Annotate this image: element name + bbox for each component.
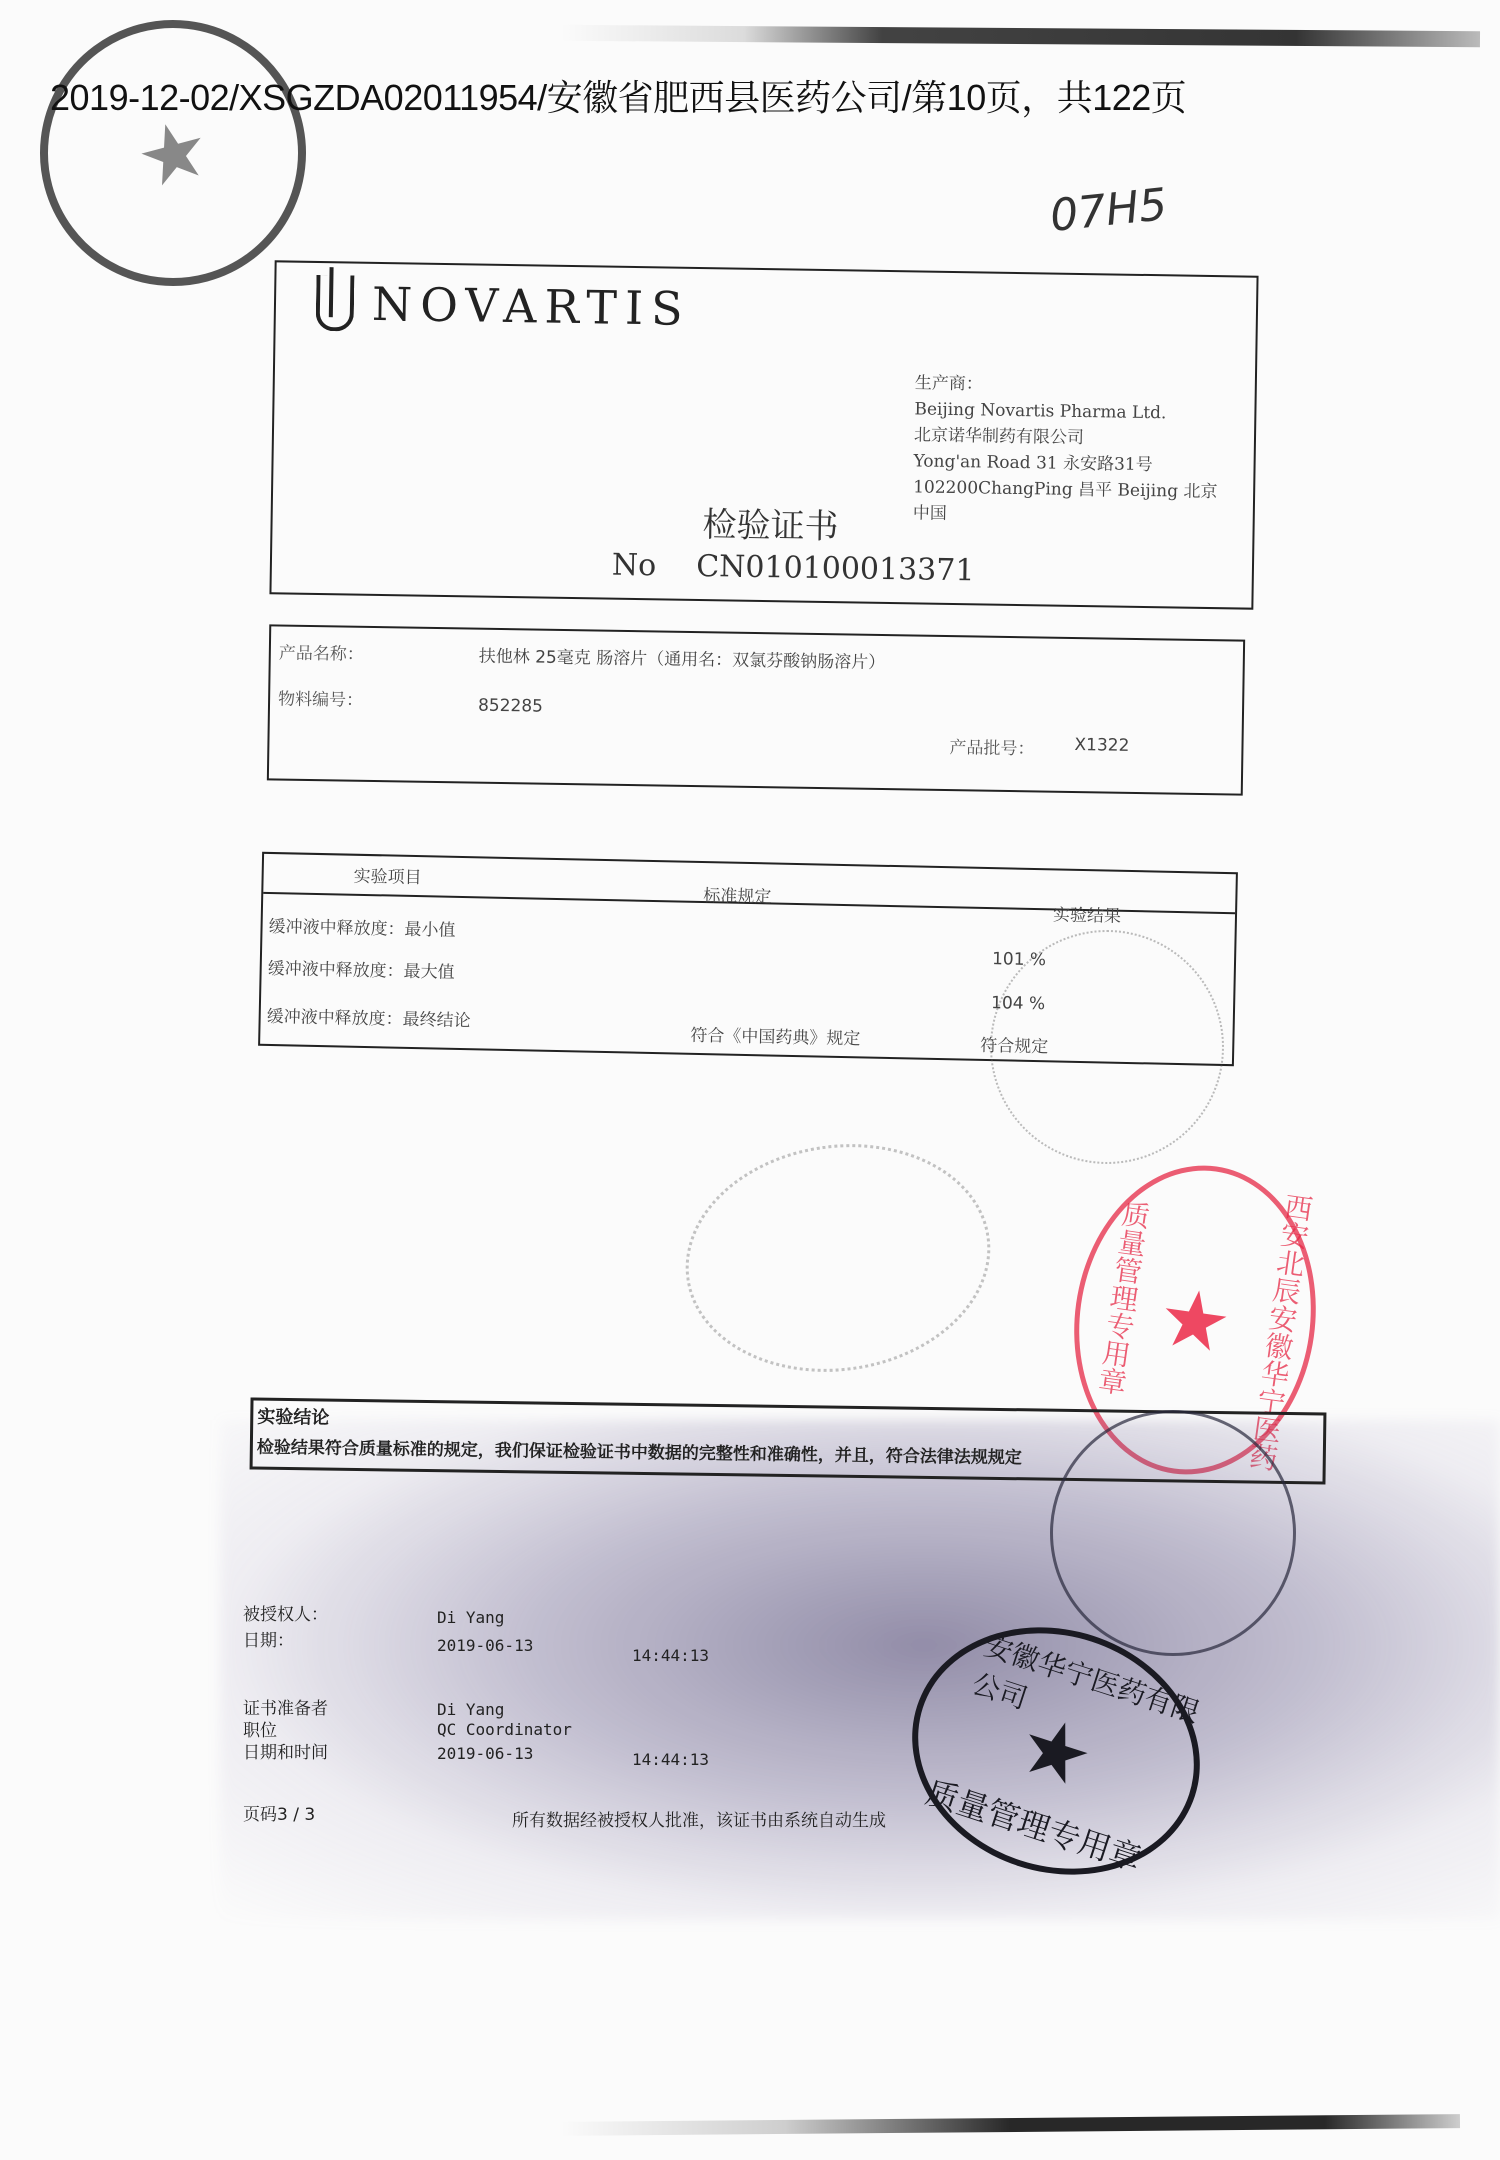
table-row-item: 缓冲液中释放度：最小值: [268, 912, 455, 941]
scan-edge-artifact-top: [560, 25, 1480, 47]
certificate-number: NoCN010100013371: [612, 548, 975, 589]
column-header-item: 实验项目: [353, 862, 422, 888]
date-label: 日期：: [243, 1626, 294, 1651]
preparer-date: 2019-06-13: [437, 1744, 533, 1763]
position-value: QC Coordinator: [437, 1720, 572, 1739]
product-name-label: 产品名称：: [279, 638, 364, 664]
preparer-time: 14:44:13: [632, 1750, 709, 1769]
material-number-label: 物料编号：: [278, 684, 363, 710]
preparer-name: Di Yang: [437, 1700, 504, 1719]
conclusion-text: 检验结果符合质量标准的规定，我们保证检验证书中数据的完整性和准确性，并且，符合法…: [257, 1433, 1022, 1469]
handwritten-note: 07H5: [1048, 179, 1170, 242]
manufacturer-line: 102200ChangPing 昌平 Beijing 北京: [913, 474, 1218, 505]
certificate-header-box: NOVARTIS 生产商： Beijing Novartis Pharma Lt…: [269, 260, 1258, 609]
certificate-title: 检验证书: [702, 497, 839, 548]
novartis-flame-icon: [316, 275, 355, 332]
material-number-value: 852285: [478, 696, 543, 717]
brand-name: NOVARTIS: [372, 277, 691, 336]
datetime-label: 日期和时间: [243, 1738, 328, 1763]
manufacturer-line: 中国: [913, 500, 1218, 531]
stamp-red-inner-text: 质量管理专用章: [1089, 1198, 1156, 1398]
certificate-number-label: No: [612, 548, 657, 584]
column-header-result: 实验结果: [1053, 900, 1122, 926]
table-row-item: 缓冲液中释放度：最大值: [267, 954, 454, 983]
conclusion-title: 实验结论: [257, 1403, 329, 1430]
certificate-number-value: CN010100013371: [696, 549, 975, 588]
scan-smudge: [220, 1420, 1500, 1920]
stamp-faint-circle: [990, 930, 1224, 1164]
scan-header: 2019-12-02/XSGZDA02011954/安徽省肥西县医药公司/第10…: [50, 70, 1186, 121]
authorized-time: 14:44:13: [632, 1646, 709, 1665]
batch-number-value: X1322: [1074, 735, 1129, 756]
table-row-standard: 符合《中国药典》规定: [690, 1021, 860, 1050]
scan-edge-artifact-bottom: [560, 2114, 1460, 2136]
product-info-box: 产品名称： 扶他林 25毫克 肠溶片（通用名：双氯芬酸钠肠溶片） 物料编号： 8…: [267, 624, 1245, 795]
footer-note: 所有数据经被授权人批准，该证书由系统自动生成: [512, 1806, 886, 1831]
novartis-logo: NOVARTIS: [316, 275, 692, 337]
star-icon: ★: [1153, 1269, 1237, 1371]
table-row-item: 缓冲液中释放度：最终结论: [266, 1002, 470, 1031]
batch-number-label: 产品批号：: [949, 733, 1034, 759]
manufacturer-address: 生产商： Beijing Novartis Pharma Ltd. 北京诺华制药…: [913, 370, 1220, 531]
page-indicator: 页码3 / 3: [243, 1800, 315, 1825]
authorized-date: 2019-06-13: [437, 1636, 533, 1655]
stamp-grey-circle: [1050, 1410, 1296, 1656]
authorized-name: Di Yang: [437, 1608, 504, 1627]
stamp-faint-oval: [671, 1125, 1005, 1391]
authorized-label: 被授权人：: [243, 1600, 328, 1625]
product-name-value: 扶他林 25毫克 肠溶片（通用名：双氯芬酸钠肠溶片）: [479, 642, 886, 673]
column-header-standard: 标准规定: [703, 881, 772, 907]
